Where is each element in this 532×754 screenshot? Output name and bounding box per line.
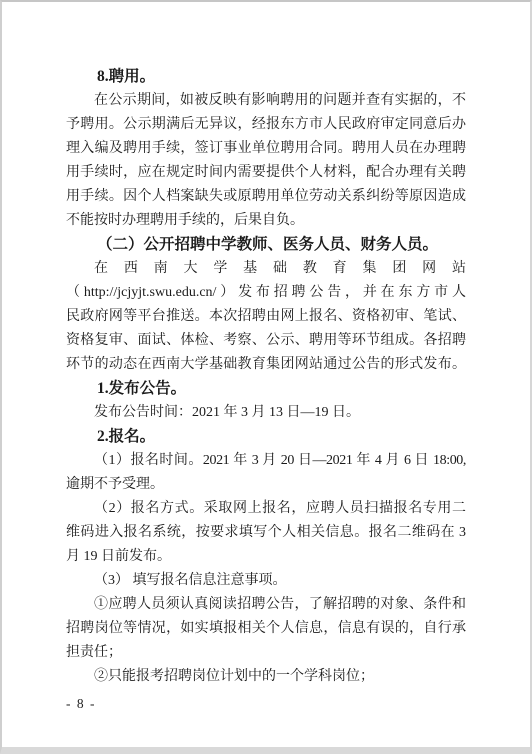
text-line: 在公示期间，如被反映有影响聘用的问题并查有实据的，不 [66, 89, 466, 113]
text-line: 予聘用。公示期满后无异议，经报东方市人民政府审定同意后办 [66, 113, 466, 137]
text-line: ①应聘人员须认真阅读招聘公告，了解招聘的对象、条件和 [66, 593, 466, 617]
text-line: 用手续。因个人档案缺失或原聘用单位劳动关系纠纷等原因造成 [66, 185, 466, 209]
section-heading-signup: 2.报名。 [66, 425, 466, 449]
text-line: 维码进入报名系统，按要求填写个人相关信息。报名二维码在 3 [66, 521, 466, 545]
text-line: 环节的动态在西南大学基础教育集团网站通过公告的形式发布。 [66, 353, 466, 377]
text-line-announce-date: 发布公告时间：2021 年 3 月 13 日—19 日。 [66, 401, 466, 425]
document-body: 8.聘用。 在公示期间，如被反映有影响聘用的问题并查有实据的，不 予聘用。公示期… [66, 65, 466, 689]
text-line: 招聘岗位等情况，如实填报相关个人信息，信息有误的，自行承 [66, 617, 466, 641]
text-line: （3） 填写报名信息注意事项。 [66, 569, 466, 593]
text-line: 民政府网等平台推送。本次招聘由网上报名、资格初审、笔试、 [66, 305, 466, 329]
text-line: ②只能报考招聘岗位计划中的一个学科岗位； [66, 665, 466, 689]
text-line-signup-date: （1）报名时间。2021 年 3 月 20 日—2021 年 4 月 6 日 1… [66, 449, 466, 473]
text-line: （2）报名方式。采取网上报名，应聘人员扫描报名专用二 [66, 497, 466, 521]
page-number: - 8 - [66, 694, 96, 714]
text-line: 在西南大学基础教育集团网站 [66, 257, 466, 281]
text-line: 不能按时办理聘用手续的，后果自负。 [66, 209, 466, 233]
text-line: 理入编及聘用手续，签订事业单位聘用合同。聘用人员在办理聘 [66, 137, 466, 161]
section-heading-hiring: 8.聘用。 [66, 65, 466, 89]
text-line: 逾期不予受理。 [66, 473, 466, 497]
text-line: 担责任； [66, 641, 466, 665]
document-page: 8.聘用。 在公示期间，如被反映有影响聘用的问题并查有实据的，不 予聘用。公示期… [0, 0, 532, 754]
text-line: 资格复审、面试、体检、考察、公示、聘用等环节组成。各招聘 [66, 329, 466, 353]
section-heading-recruitment: （二）公开招聘中学教师、医务人员、财务人员。 [66, 233, 466, 257]
text-line: 用手续时，应在规定时间内需要提供个人材料，配合办理有关聘 [66, 161, 466, 185]
section-heading-announce: 1.发布公告。 [66, 377, 466, 401]
text-line: 月 19 日前发布。 [66, 545, 466, 569]
text-line-website-url: （http://jcjyjt.swu.edu.cn/）发布招聘公告，并在东方市人 [66, 281, 466, 305]
